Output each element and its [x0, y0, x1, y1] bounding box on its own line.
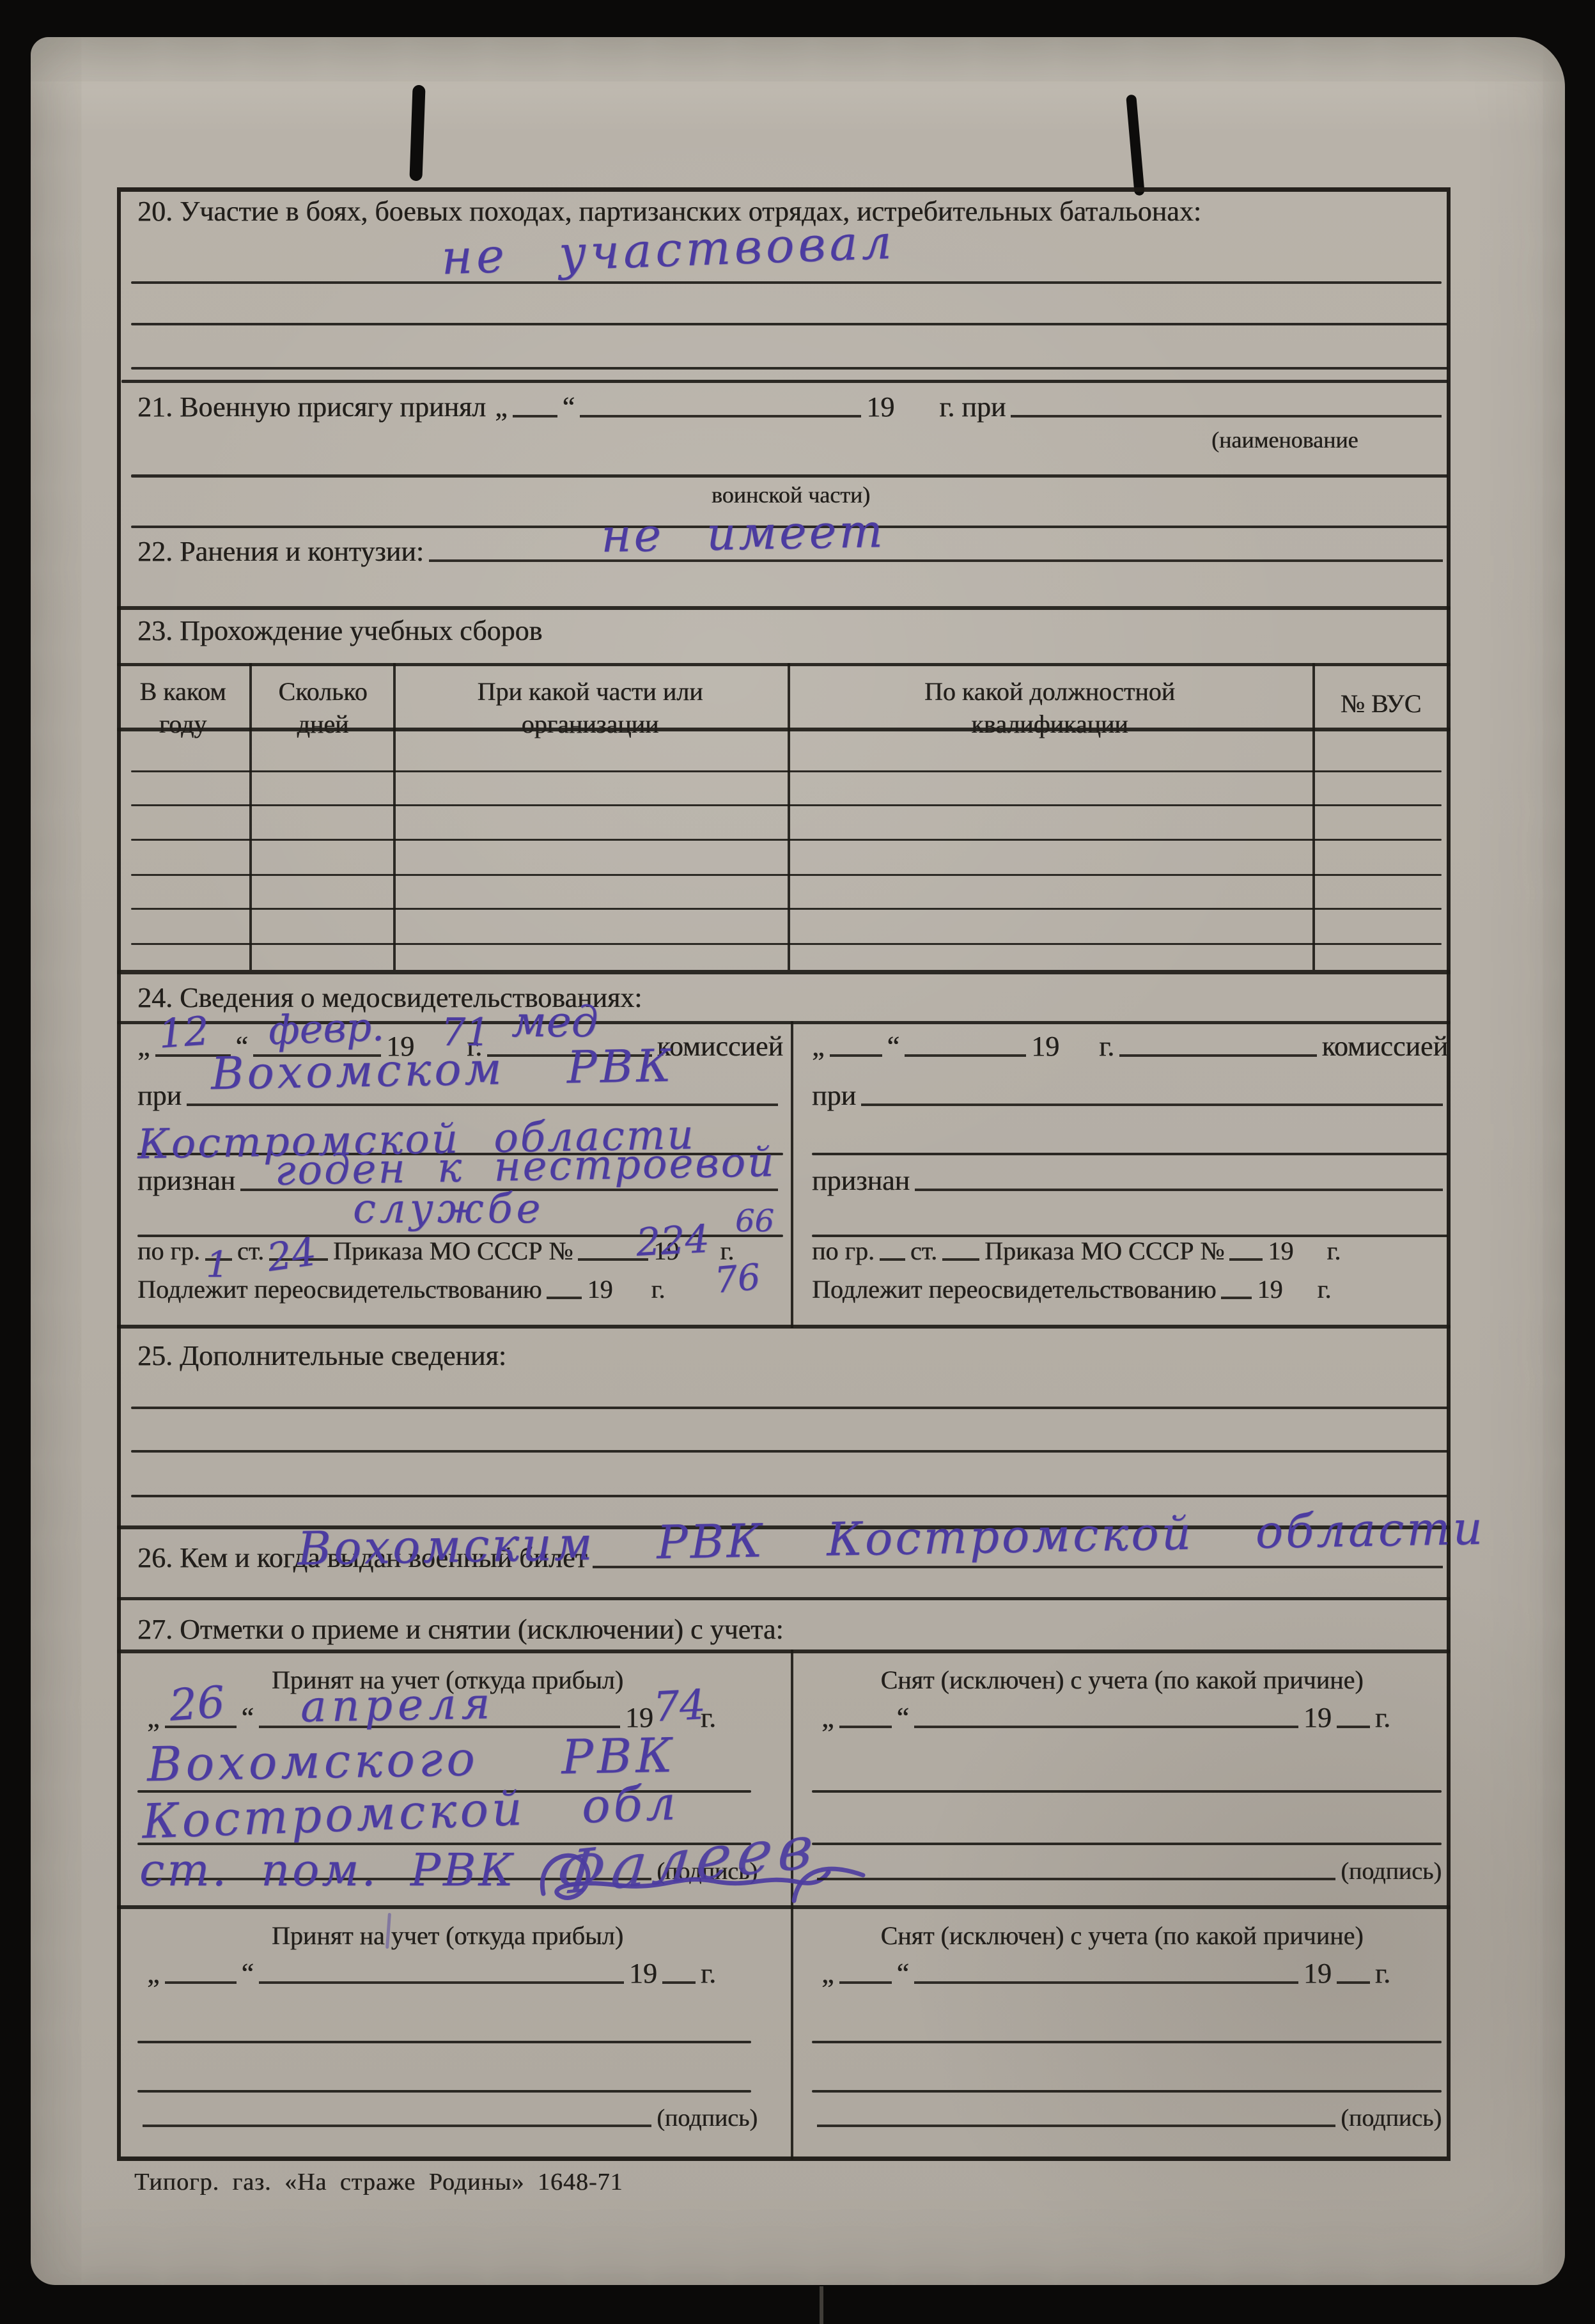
- day-blank: [839, 1720, 892, 1728]
- blank-line: [121, 380, 1448, 383]
- year-gap: [1286, 1291, 1313, 1299]
- table-column-line: [249, 663, 252, 970]
- remove2-signature-row: (подпись): [812, 2105, 1442, 2132]
- year-prefix: 19: [1303, 1702, 1332, 1733]
- accept-header: Принят на учет (откуда прибыл): [137, 1919, 758, 1952]
- month-blank: [905, 1049, 1026, 1057]
- remove1-signature-row: (подпись): [812, 1858, 1442, 1885]
- year-prefix: 19: [1257, 1275, 1282, 1304]
- g-pri: г. при: [939, 391, 1006, 423]
- commission-blank: [1119, 1049, 1316, 1057]
- med-day-handwriting: 12: [157, 1007, 211, 1057]
- signature-blank: [143, 2119, 651, 2127]
- day-blank: [513, 410, 557, 417]
- year-blank: [662, 1976, 696, 1984]
- year-blank: [1337, 1976, 1370, 1984]
- blank-line: [131, 367, 1448, 370]
- med-right-order-row: по гр. ст. Приказа МО СССР № 19 г.: [812, 1237, 1448, 1266]
- po-gr-label: по гр.: [137, 1237, 200, 1266]
- section-divider: [117, 606, 1451, 610]
- st-label: ст.: [910, 1237, 937, 1266]
- open-quote: „: [147, 1702, 160, 1733]
- podlezhit-label: Подлежит переосвидетельствованию: [137, 1275, 541, 1304]
- reexam-blank: [1221, 1291, 1252, 1299]
- med-at-line1-handwriting: Вохомском РВК: [210, 1040, 674, 1100]
- open-quote: „: [495, 391, 508, 423]
- accept-day-handwriting: 26: [167, 1677, 226, 1731]
- commission-label: комиссией: [657, 1031, 783, 1062]
- year-prefix: 19: [1303, 1958, 1332, 1989]
- med-right-priznan-row: признан: [812, 1165, 1448, 1196]
- prikaz-label: Приказа МО СССР №: [984, 1237, 1224, 1266]
- accept-signed-by-handwriting: ст. пом. РВК: [139, 1844, 516, 1896]
- commission-label: комиссией: [1322, 1031, 1448, 1062]
- item23-label-row: 23. Прохождение учебных сборов: [137, 615, 542, 646]
- open-quote: „: [812, 1031, 825, 1062]
- med-right-date-row: „ “ 19 г. комиссией: [812, 1031, 1448, 1062]
- g-label: г.: [1327, 1237, 1341, 1266]
- reason-blank: [914, 1976, 1298, 1984]
- blank-line: [131, 1450, 1448, 1453]
- reexam-blank: [547, 1291, 582, 1299]
- year-prefix: 19: [587, 1275, 612, 1304]
- year-prefix: 19: [1268, 1237, 1293, 1266]
- item24-column-divider: [791, 1021, 793, 1328]
- table23-col-header: № ВУС: [1317, 687, 1445, 720]
- g-label: г.: [1317, 1275, 1331, 1304]
- med-article-handwriting: 24: [265, 1229, 319, 1281]
- unit-blank: [1011, 410, 1442, 417]
- table23-col-header: В каком году: [132, 675, 234, 740]
- podlezhit-label: Подлежит переосвидетельствованию: [812, 1275, 1216, 1304]
- day-blank: [165, 1976, 237, 1984]
- remove-header: Снят (исключен) с учета (по какой причин…: [802, 1664, 1442, 1696]
- item27-label: 27. Отметки о приеме и снятии (исключени…: [137, 1614, 784, 1645]
- year-gap: [1297, 1253, 1323, 1261]
- remove-header: Снят (исключен) с учета (по какой причин…: [802, 1919, 1442, 1952]
- month-blank: [259, 1976, 624, 1984]
- po-gr-label: по гр.: [812, 1237, 875, 1266]
- scanned-military-card-page: 20. Участие в боях, боевых походах, парт…: [0, 0, 1595, 2324]
- accept2-signature-row: (подпись): [137, 2105, 758, 2132]
- close-quote: “: [563, 391, 575, 423]
- item21-hint1: (наименование: [1211, 427, 1358, 453]
- st-label: ст.: [237, 1237, 264, 1266]
- month-blank: [580, 410, 861, 417]
- day-blank: [839, 1976, 892, 1984]
- blank-line: [131, 1495, 1448, 1497]
- table23-col-header: При какой части или организации: [449, 675, 731, 740]
- open-quote: „: [821, 1958, 834, 1989]
- prikaz-label: Приказа МО СССР №: [333, 1237, 573, 1266]
- close-quote: “: [887, 1031, 900, 1062]
- open-quote: „: [147, 1958, 160, 1989]
- signature-blank: [817, 1873, 1335, 1880]
- close-quote: “: [242, 1958, 254, 1989]
- item22-answer-handwriting: не имеет: [600, 504, 885, 563]
- item27-label-row: 27. Отметки о приеме и снятии (исключени…: [137, 1614, 784, 1645]
- table-column-line: [393, 663, 396, 970]
- med-right-pri-row: при: [812, 1080, 1448, 1111]
- order-no-blank: [1229, 1253, 1263, 1261]
- item22-blank: [429, 554, 1443, 562]
- blank-line: [131, 1407, 1448, 1409]
- gr-blank: [880, 1253, 905, 1261]
- med-order-no-handwriting: 224: [635, 1217, 710, 1265]
- year-prefix: 19: [866, 391, 894, 423]
- close-quote: “: [897, 1958, 910, 1989]
- blank-line: [812, 1790, 1442, 1793]
- priznan-label: признан: [137, 1165, 235, 1196]
- g-label: г.: [1099, 1031, 1114, 1062]
- st-blank: [942, 1253, 979, 1261]
- reason-blank: [914, 1720, 1298, 1728]
- item25-label: 25. Дополнительные сведения:: [137, 1340, 506, 1371]
- blank-line: [812, 1153, 1448, 1155]
- podpis-label: (подпись): [657, 2105, 758, 2132]
- open-quote: „: [137, 1031, 150, 1062]
- accept-year-handwriting: 74: [652, 1681, 706, 1731]
- accept-month-handwriting: апреля: [300, 1678, 495, 1732]
- blank-line: [131, 281, 1442, 284]
- blank-line: [131, 474, 1448, 478]
- signature-blank: [817, 2119, 1335, 2127]
- table-row-line: [131, 770, 1442, 772]
- item21-row: 21. Военную присягу принял „ “ 19 г. при: [137, 391, 1447, 423]
- med-right-reexam-row: Подлежит переосвидетельствованию 19 г.: [812, 1275, 1448, 1304]
- remove1-date-row: „ “ 19 г.: [821, 1702, 1390, 1733]
- item21-hint1-row: (наименование: [1211, 427, 1358, 453]
- table-column-line: [788, 663, 790, 970]
- year-blank: [1337, 1720, 1370, 1728]
- stray-ink-stroke: [790, 1857, 867, 1908]
- item21-label: 21. Военную присягу принял: [137, 391, 486, 423]
- pri-blank: [861, 1098, 1443, 1106]
- pri-label: при: [137, 1080, 182, 1111]
- g-label: г.: [1375, 1958, 1390, 1989]
- table-top-border: [117, 663, 1451, 666]
- remove2-date-row: „ “ 19 г.: [821, 1958, 1390, 1989]
- year-gap: [898, 410, 935, 417]
- item25-label-row: 25. Дополнительные сведения:: [137, 1340, 506, 1371]
- table-row-line: [131, 839, 1442, 841]
- year-gap: [1063, 1049, 1095, 1057]
- blank-line: [137, 2090, 751, 2093]
- table27-top-border: [117, 1649, 1451, 1653]
- section-divider: [117, 1325, 1451, 1329]
- med-reexam-year-handwriting: 76: [713, 1256, 762, 1302]
- open-quote: „: [821, 1702, 834, 1733]
- accept2-date-row: „ “ 19 г.: [147, 1958, 716, 1989]
- med-group-handwriting: 1: [206, 1244, 229, 1286]
- med-order-year-handwriting: 66: [735, 1203, 774, 1239]
- blank-line: [117, 1597, 1451, 1600]
- blank-line: [131, 323, 1448, 325]
- g-label: г.: [651, 1275, 665, 1304]
- table-column-line: [1312, 663, 1315, 970]
- podpis-label: (подпись): [1341, 2105, 1442, 2132]
- podpis-label: (подпись): [1341, 1858, 1442, 1885]
- g-label: г.: [1375, 1702, 1390, 1733]
- scan-artifact-line: [820, 2286, 823, 2324]
- table23-col-header: По какой должностной квалификации: [903, 675, 1197, 740]
- year-prefix: 19: [1031, 1031, 1059, 1062]
- table-row-line: [131, 908, 1442, 910]
- pri-label: при: [812, 1080, 856, 1111]
- table-row-line: [131, 943, 1442, 945]
- day-blank: [830, 1049, 882, 1057]
- table-row-line: [131, 874, 1442, 876]
- table-row-line: [131, 804, 1442, 806]
- blank-line: [812, 2041, 1442, 2043]
- priznan-label: признан: [812, 1165, 910, 1196]
- pri-blank: [187, 1098, 778, 1106]
- blank-line: [137, 2041, 751, 2043]
- blank-line: [812, 2090, 1442, 2093]
- close-quote: “: [897, 1702, 910, 1733]
- signature-flourish: [531, 1835, 831, 1912]
- table23-col-header: Сколько дней: [268, 675, 377, 740]
- med-commission-handwriting: мед: [511, 997, 598, 1047]
- item22-label: 22. Ранения и контузии:: [137, 536, 424, 567]
- table-bottom-border: [117, 970, 1451, 974]
- item23-label: 23. Прохождение учебных сборов: [137, 615, 542, 646]
- priznan-blank: [915, 1183, 1443, 1191]
- med-left-reexam-row: Подлежит переосвидетельствованию 19 г.: [137, 1275, 783, 1304]
- close-quote: “: [242, 1702, 254, 1733]
- blank-line: [812, 1843, 1442, 1845]
- g-label: г.: [701, 1958, 716, 1989]
- med-verdict-line2-handwriting: службе: [353, 1185, 544, 1233]
- print-shop-footer: Типогр. газ. «На страже Родины» 1648-71: [134, 2169, 623, 2196]
- year-gap: [616, 1291, 647, 1299]
- year-prefix: 19: [629, 1958, 657, 1989]
- print-shop-footer-row: Типогр. газ. «На страже Родины» 1648-71: [134, 2169, 623, 2196]
